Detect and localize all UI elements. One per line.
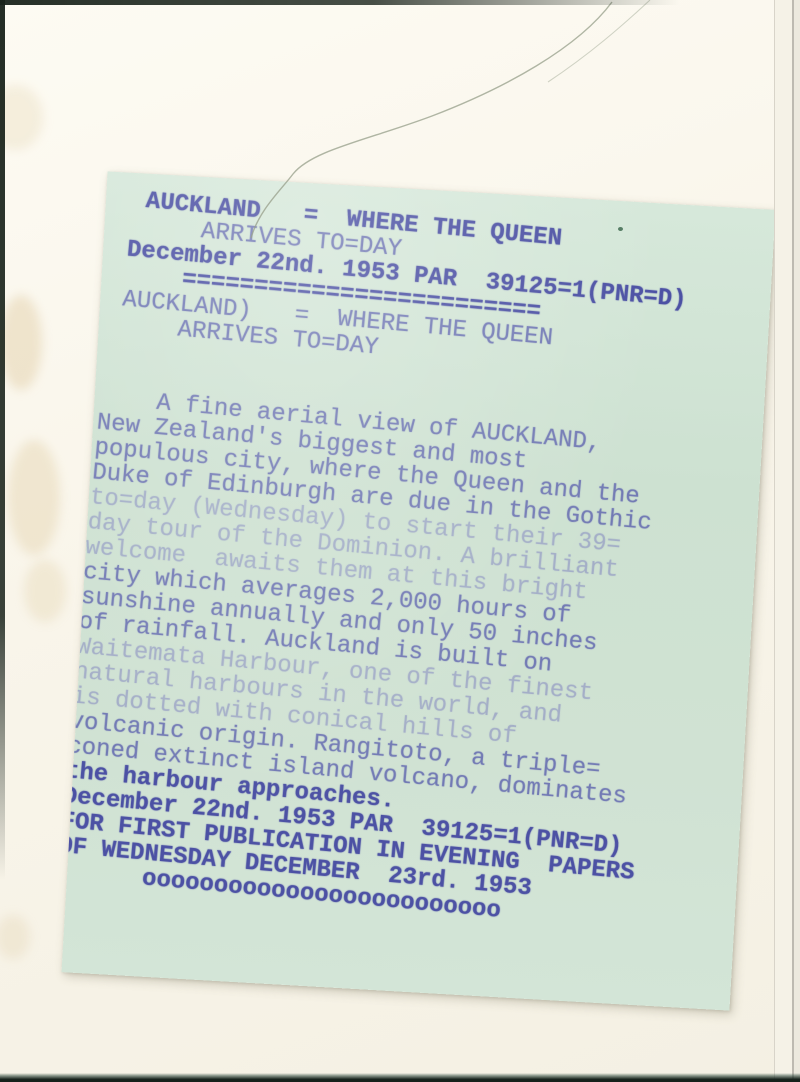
photo-scan-background: AUCKLAND = WHERE THE QUEEN ARRIVES TO=DA… <box>0 0 800 1082</box>
caption-paper: AUCKLAND = WHERE THE QUEEN ARRIVES TO=DA… <box>61 171 775 1010</box>
stain-mark <box>8 440 60 555</box>
stain-mark <box>24 560 66 622</box>
scan-edge-bottom <box>0 1073 800 1082</box>
stain-mark <box>0 85 43 150</box>
scan-edge-left <box>0 0 5 880</box>
scan-edge-top <box>0 0 680 5</box>
backing-sheet-right-edge <box>774 0 800 1082</box>
stain-mark <box>0 915 30 959</box>
ink-speck <box>618 227 623 231</box>
typed-lines: AUCKLAND = WHERE THE QUEEN ARRIVES TO=DA… <box>61 171 775 944</box>
stain-mark <box>0 295 42 390</box>
